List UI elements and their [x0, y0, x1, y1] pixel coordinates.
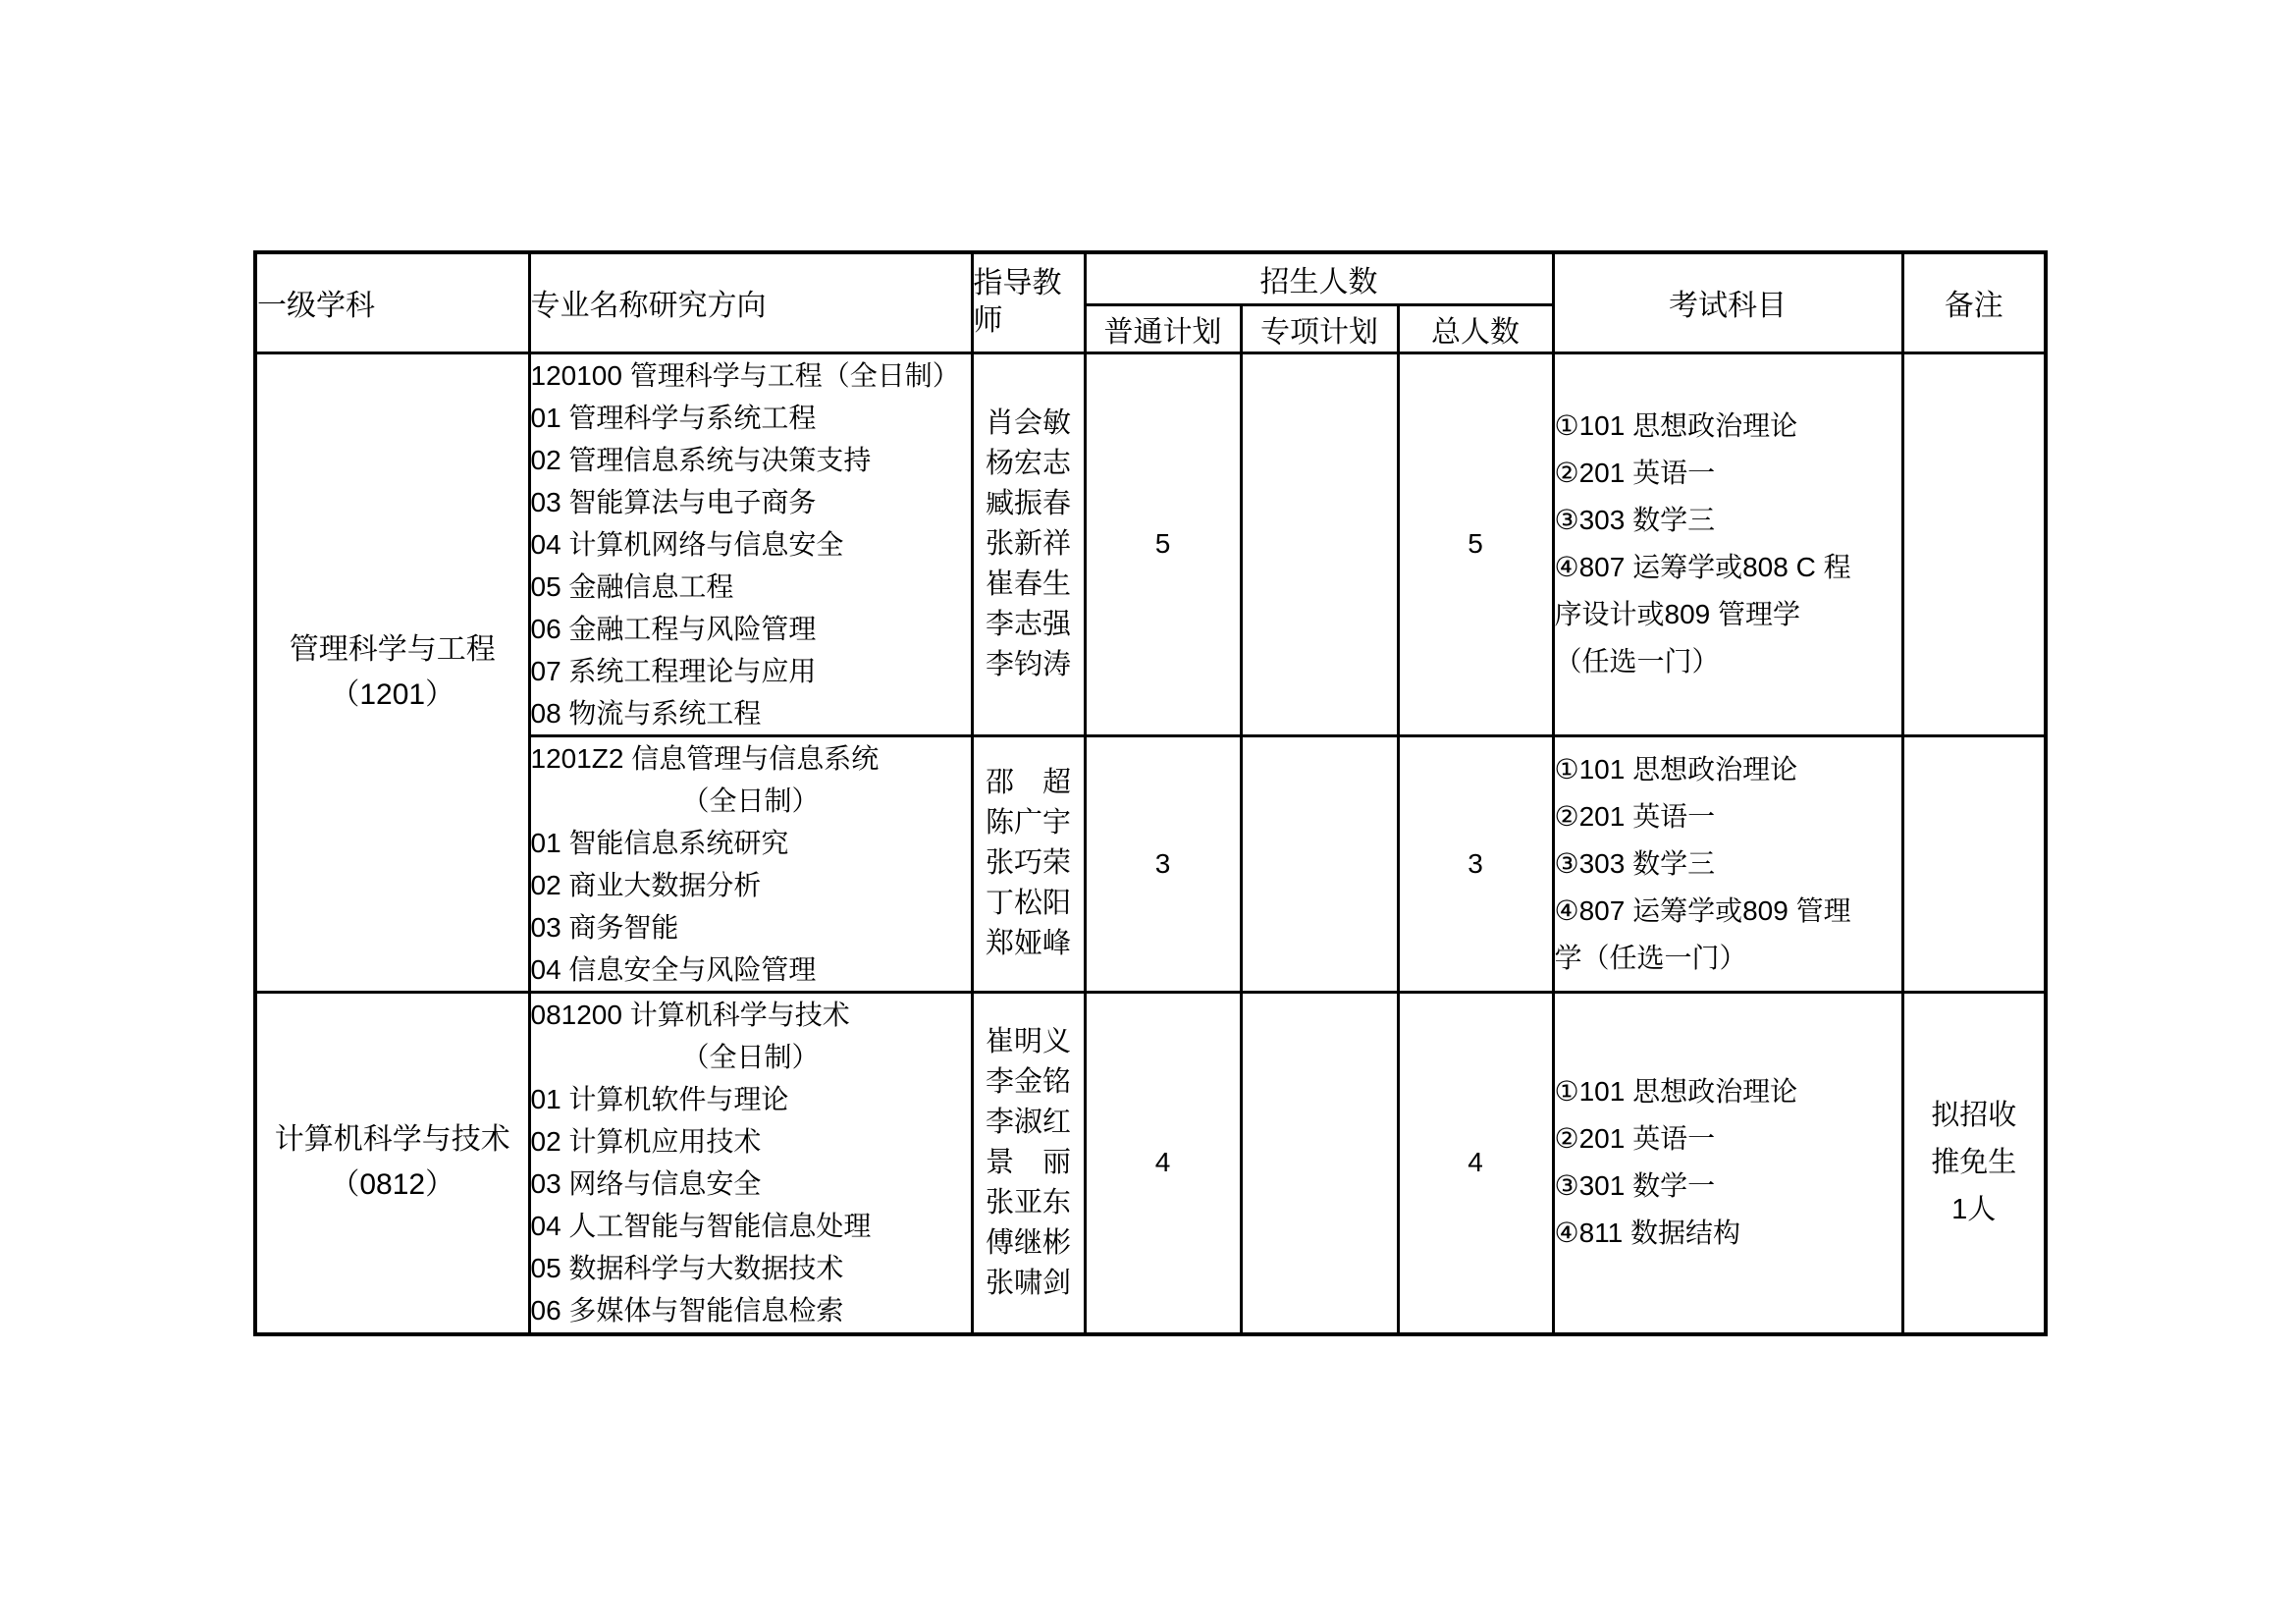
text-line: 李志强: [974, 605, 1084, 645]
text-line: 1人: [1904, 1186, 2045, 1233]
text-line: 张巧荣: [974, 843, 1084, 884]
text-line: 崔春生: [974, 565, 1084, 605]
cell-special-plan: [1241, 352, 1398, 735]
text-line: 张新祥: [974, 524, 1084, 565]
text-line: 01 计算机软件与理论: [531, 1078, 971, 1120]
text-line: 推免生: [1904, 1139, 2045, 1186]
text-line: （任选一门）: [1555, 638, 1901, 685]
cell-advisors: 崔明义李金铭李淑红景 丽张亚东傅继彬张啸剑: [972, 992, 1085, 1334]
cell-special-plan: [1241, 735, 1398, 992]
text-line: （0812）: [257, 1163, 528, 1208]
header-row-top: 一级学科 专业名称研究方向 指导教师 招生人数 考试科目 备注: [255, 252, 2046, 304]
text-line: 01 智能信息系统研究: [531, 822, 971, 864]
cell-advisors: 肖会敏杨宏志臧振春张新祥崔春生李志强李钧涛: [972, 352, 1085, 735]
text-line: ③303 数学三: [1555, 840, 1901, 888]
text-line: ③303 数学三: [1555, 497, 1901, 544]
header-total: 总人数: [1398, 304, 1553, 352]
text-line: 李金铭: [974, 1062, 1084, 1103]
cell-special-plan: [1241, 992, 1398, 1334]
text-line: （1201）: [257, 673, 528, 718]
table-row: 计算机科学与技术（0812） 081200 计算机科学与技术（全日制）01 计算…: [255, 992, 2046, 1334]
text-line: 学（任选一门）: [1555, 935, 1901, 982]
header-exam: 考试科目: [1553, 252, 1902, 352]
cell-total: 4: [1398, 992, 1553, 1334]
cell-major-directions: 120100 管理科学与工程（全日制）01 管理科学与系统工程02 管理信息系统…: [529, 352, 972, 735]
text-line: ②201 英语一: [1555, 793, 1901, 840]
cell-major-directions: 1201Z2 信息管理与信息系统（全日制）01 智能信息系统研究02 商业大数据…: [529, 735, 972, 992]
text-line: 崔明义: [974, 1022, 1084, 1062]
text-line: 臧振春: [974, 484, 1084, 524]
text-line: ④807 运筹学或808 C 程: [1555, 544, 1901, 591]
text-line: 郑娅峰: [974, 924, 1084, 964]
text-line: 081200 计算机科学与技术: [531, 994, 971, 1036]
header-enrollment: 招生人数: [1085, 252, 1553, 304]
text-line: 序设计或809 管理学: [1555, 591, 1901, 638]
cell-regular-plan: 4: [1085, 992, 1241, 1334]
text-line: 计算机科学与技术: [257, 1117, 528, 1163]
text-line: 张啸剑: [974, 1264, 1084, 1304]
header-remark: 备注: [1902, 252, 2046, 352]
text-line: ②201 英语一: [1555, 450, 1901, 497]
document-page: 一级学科 专业名称研究方向 指导教师 招生人数 考试科目 备注 普通计划 专项计…: [0, 0, 2296, 1624]
text-line: ①101 思想政治理论: [1555, 403, 1901, 450]
text-line: 陈广宇: [974, 803, 1084, 843]
cell-exam-subjects: ①101 思想政治理论②201 英语一③303 数学三④807 运筹学或808 …: [1553, 352, 1902, 735]
text-line: 05 金融信息工程: [531, 566, 971, 608]
cell-advisors: 邵 超陈广宇张巧荣丁松阳郑娅峰: [972, 735, 1085, 992]
text-line: （全日制）: [531, 1036, 971, 1078]
text-line: 05 数据科学与大数据技术: [531, 1247, 971, 1289]
header-regular-plan: 普通计划: [1085, 304, 1241, 352]
text-line: 傅继彬: [974, 1223, 1084, 1264]
text-line: 肖会敏: [974, 404, 1084, 444]
cell-exam-subjects: ①101 思想政治理论②201 英语一③301 数学一④811 数据结构: [1553, 992, 1902, 1334]
text-line: ①101 思想政治理论: [1555, 1068, 1901, 1115]
text-line: ①101 思想政治理论: [1555, 746, 1901, 793]
header-discipline: 一级学科: [255, 252, 529, 352]
text-line: 拟招收: [1904, 1092, 2045, 1139]
text-line: 1201Z2 信息管理与信息系统: [531, 737, 971, 780]
text-line: 杨宏志: [974, 444, 1084, 484]
cell-remark: [1902, 352, 2046, 735]
text-line: 04 信息安全与风险管理: [531, 948, 971, 991]
cell-remark: 拟招收推免生1人: [1902, 992, 2046, 1334]
text-line: 01 管理科学与系统工程: [531, 397, 971, 439]
text-line: 李淑红: [974, 1103, 1084, 1143]
text-line: 120100 管理科学与工程（全日制）: [531, 354, 971, 397]
text-line: 管理科学与工程: [257, 627, 528, 673]
header-advisor: 指导教师: [972, 252, 1085, 352]
cell-remark: [1902, 735, 2046, 992]
text-line: 07 系统工程理论与应用: [531, 650, 971, 692]
cell-discipline: 计算机科学与技术（0812）: [255, 992, 529, 1334]
text-line: 02 商业大数据分析: [531, 864, 971, 906]
text-line: 03 商务智能: [531, 906, 971, 948]
header-special-plan: 专项计划: [1241, 304, 1398, 352]
admissions-table: 一级学科 专业名称研究方向 指导教师 招生人数 考试科目 备注 普通计划 专项计…: [253, 250, 2048, 1336]
cell-major-directions: 081200 计算机科学与技术（全日制）01 计算机软件与理论02 计算机应用技…: [529, 992, 972, 1334]
cell-regular-plan: 3: [1085, 735, 1241, 992]
text-line: ④811 数据结构: [1555, 1210, 1901, 1257]
cell-exam-subjects: ①101 思想政治理论②201 英语一③303 数学三④807 运筹学或809 …: [1553, 735, 1902, 992]
text-line: 02 计算机应用技术: [531, 1120, 971, 1163]
text-line: 03 网络与信息安全: [531, 1163, 971, 1205]
text-line: 04 计算机网络与信息安全: [531, 523, 971, 566]
text-line: ②201 英语一: [1555, 1115, 1901, 1163]
text-line: 03 智能算法与电子商务: [531, 481, 971, 523]
text-line: ④807 运筹学或809 管理: [1555, 888, 1901, 935]
text-line: 08 物流与系统工程: [531, 692, 971, 734]
text-line: 邵 超: [974, 763, 1084, 803]
cell-total: 3: [1398, 735, 1553, 992]
text-line: 06 金融工程与风险管理: [531, 608, 971, 650]
table-row: 管理科学与工程（1201） 120100 管理科学与工程（全日制）01 管理科学…: [255, 352, 2046, 735]
text-line: 李钧涛: [974, 645, 1084, 685]
text-line: 丁松阳: [974, 884, 1084, 924]
cell-regular-plan: 5: [1085, 352, 1241, 735]
cell-discipline: 管理科学与工程（1201）: [255, 352, 529, 992]
text-line: 张亚东: [974, 1183, 1084, 1223]
cell-total: 5: [1398, 352, 1553, 735]
text-line: 06 多媒体与智能信息检索: [531, 1289, 971, 1331]
text-line: （全日制）: [531, 780, 971, 822]
text-line: 04 人工智能与智能信息处理: [531, 1205, 971, 1247]
text-line: 景 丽: [974, 1143, 1084, 1183]
text-line: ③301 数学一: [1555, 1163, 1901, 1210]
header-major: 专业名称研究方向: [529, 252, 972, 352]
text-line: 02 管理信息系统与决策支持: [531, 439, 971, 481]
